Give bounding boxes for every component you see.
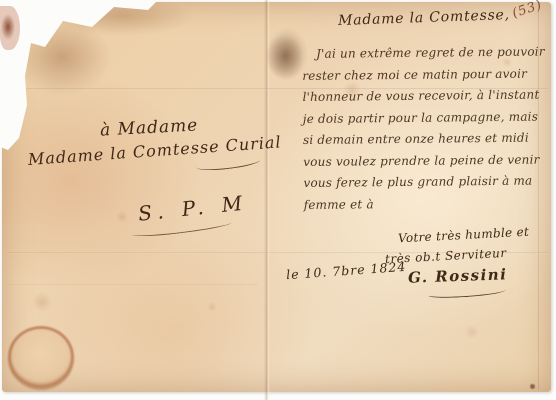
horizontal-crease-left (8, 284, 258, 286)
body-line: femme et à (304, 195, 547, 219)
torn-edge-stain (1, 14, 15, 40)
body-line: J'ai un extrême regret de ne pouvoir (302, 44, 545, 68)
body-line: vous ferez le plus grand plaisir à ma (303, 173, 546, 197)
body-line: rester chez moi ce matin pour avoir (302, 66, 545, 90)
signature: G. Rossini (408, 265, 508, 286)
body-line: je dois partir pour la campagne, mais (303, 109, 546, 133)
ink-smudge-stain (266, 34, 304, 80)
fold-end-spot (530, 384, 535, 389)
letter-scan: à Madame Madame la Comtesse Curial S. P.… (0, 0, 556, 400)
body-line: si demain entre onze heures et midi (303, 130, 546, 154)
body-line: l'honneur de vous recevoir, à l'instant (302, 87, 545, 111)
wax-seal-stain (8, 326, 74, 388)
body-line: vous voulez prendre la peine de venir (303, 152, 546, 176)
letter-body: J'ai un extrême regret de ne pouvoir res… (302, 44, 546, 219)
